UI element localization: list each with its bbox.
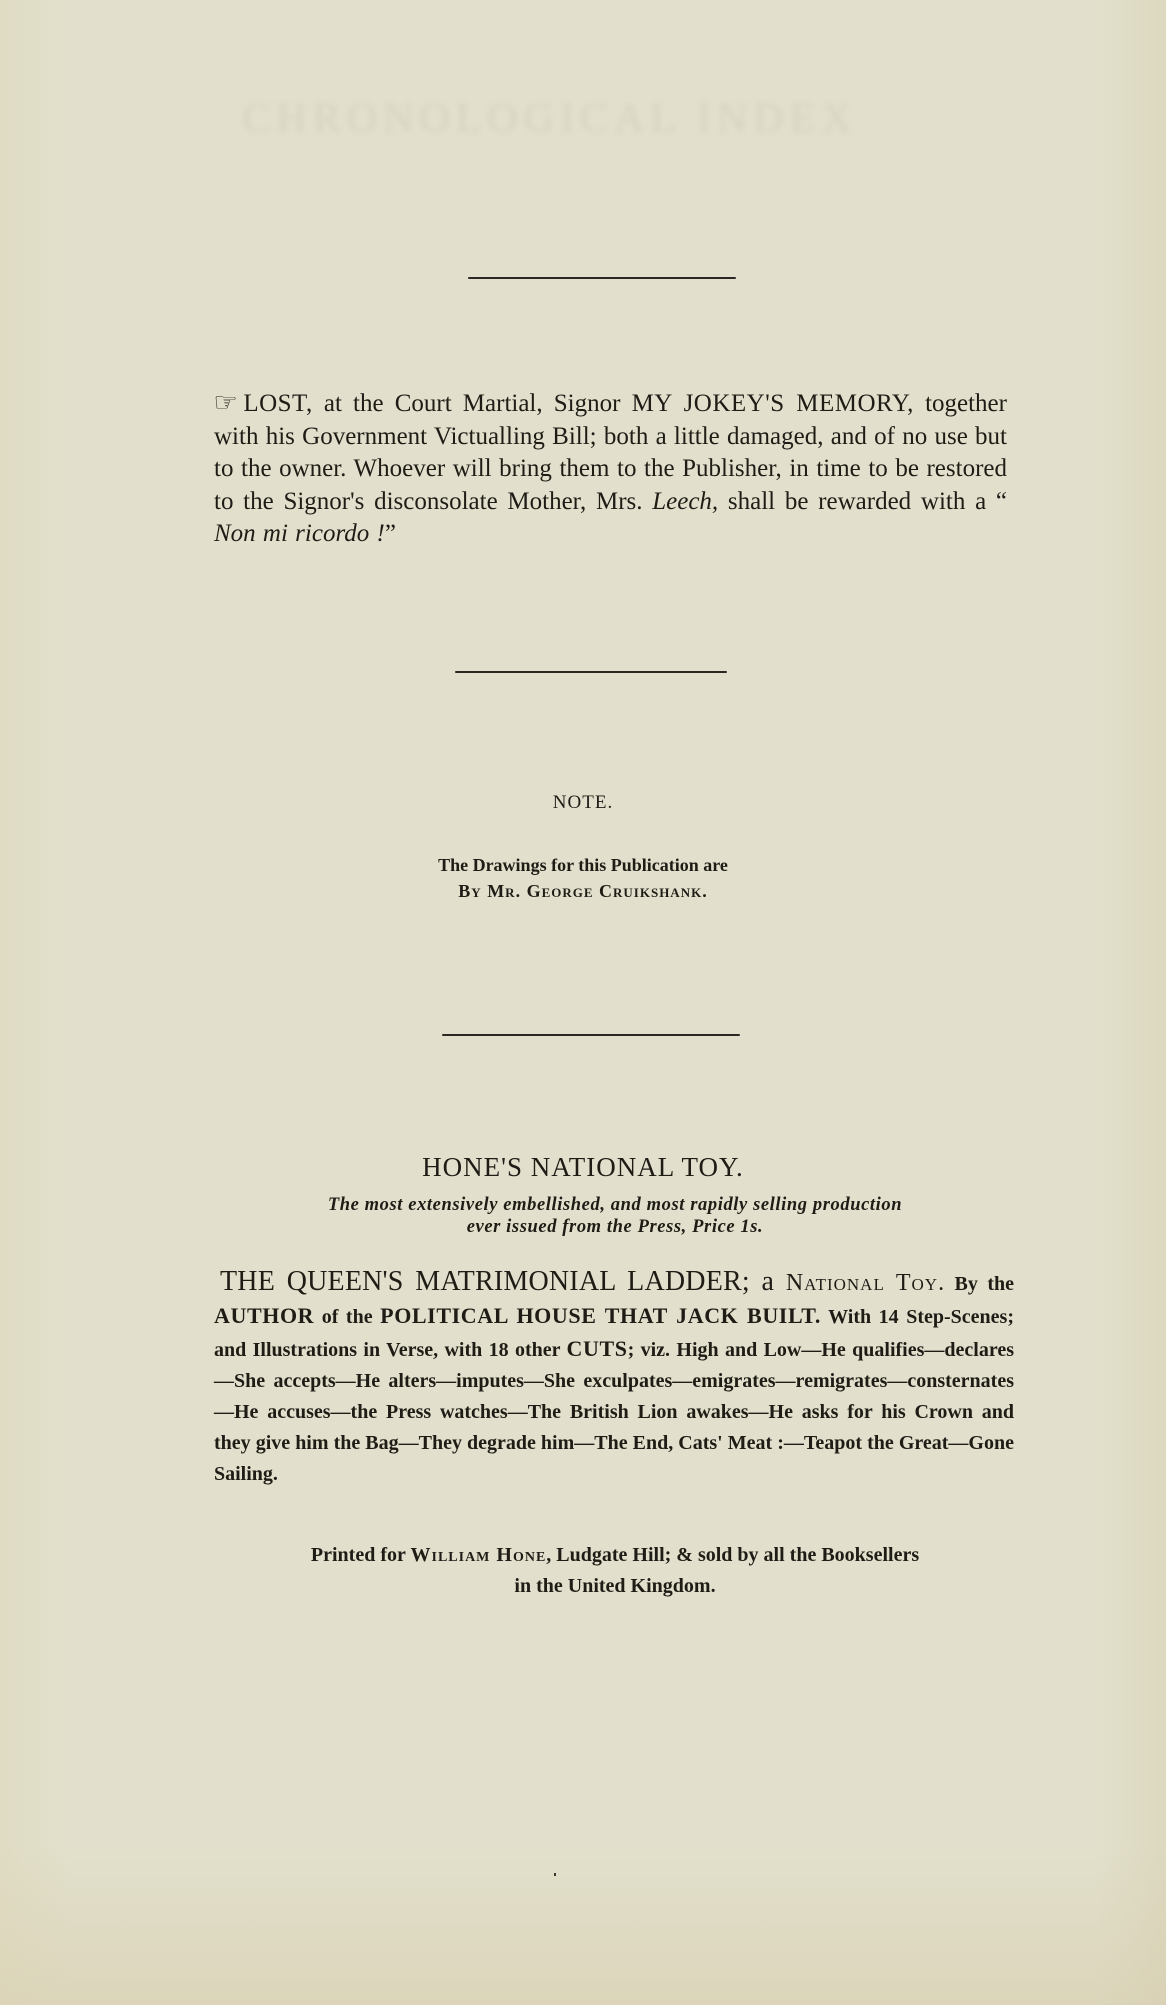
lost-leech: Leech, bbox=[652, 488, 718, 515]
lost-text-4: ” bbox=[385, 520, 396, 547]
imprint-line-2: in the United Kingdom. bbox=[205, 1571, 1025, 1602]
divider-rule-top bbox=[468, 277, 736, 279]
divider-rule-bottom bbox=[442, 1034, 740, 1036]
manicule-pointing-hand-icon: ☞ bbox=[213, 387, 237, 420]
note-line-1: The Drawings for this Publication are bbox=[0, 852, 1166, 878]
note-heading: NOTE. bbox=[0, 792, 1166, 814]
by-text: By the bbox=[945, 1273, 1014, 1295]
note-line-2: By Mr. George Cruikshank. bbox=[0, 878, 1166, 904]
lost-text-1: at the Court Martial, Signor bbox=[313, 390, 632, 417]
book-page: CHRONOLOGICAL INDEX ☞LOST, at the Court … bbox=[0, 0, 1166, 2005]
note-body: The Drawings for this Publication are By… bbox=[0, 852, 1166, 904]
tagline-line-2: ever issued from the Press, Price 1s. bbox=[210, 1216, 1020, 1238]
publisher-address: , Ludgate Hill; & sold by all the Bookse… bbox=[546, 1544, 919, 1566]
bleed-through-header: CHRONOLOGICAL INDEX bbox=[190, 95, 910, 143]
tagline-press: ever issued from the Press, bbox=[467, 1217, 692, 1237]
cuts-text: CUTS bbox=[567, 1336, 628, 1361]
advertisement-title: HONE'S NATIONAL TOY. bbox=[0, 1152, 1166, 1183]
ladder-sep: ; a bbox=[742, 1266, 786, 1297]
national-toy: National Toy. bbox=[786, 1270, 945, 1296]
tagline-line-1: The most extensively embellished, and mo… bbox=[210, 1194, 1020, 1216]
advertisement-tagline: The most extensively embellished, and mo… bbox=[210, 1194, 1020, 1238]
divider-rule-middle bbox=[455, 671, 727, 673]
advertisement-body: THE QUEEN'S MATRIMONIAL LADDER; a Nation… bbox=[214, 1266, 1014, 1490]
lost-word: LOST, bbox=[243, 390, 312, 417]
lost-text-3: shall be rewarded with a “ bbox=[718, 488, 1007, 515]
house-jack-built: POLITICAL HOUSE THAT JACK BUILT. bbox=[380, 1303, 821, 1328]
lost-name: MY JOKEY'S MEMORY, bbox=[632, 390, 914, 417]
lost-notice-paragraph: ☞LOST, at the Court Martial, Signor MY J… bbox=[214, 387, 1007, 551]
ink-speck bbox=[554, 1873, 556, 1876]
imprint-line-1: Printed for William Hone, Ludgate Hill; … bbox=[205, 1540, 1025, 1571]
publisher-name: William Hone bbox=[411, 1544, 547, 1566]
lost-quote: Non mi ricordo ! bbox=[214, 520, 385, 547]
ladder-title: THE QUEEN'S MATRIMONIAL LADDER bbox=[214, 1266, 742, 1297]
tagline-price: Price 1s. bbox=[692, 1217, 763, 1237]
author-text: AUTHOR bbox=[214, 1303, 314, 1328]
printed-for: Printed for bbox=[311, 1544, 411, 1566]
of-the-text: of the bbox=[314, 1306, 380, 1328]
imprint: Printed for William Hone, Ludgate Hill; … bbox=[205, 1540, 1025, 1602]
